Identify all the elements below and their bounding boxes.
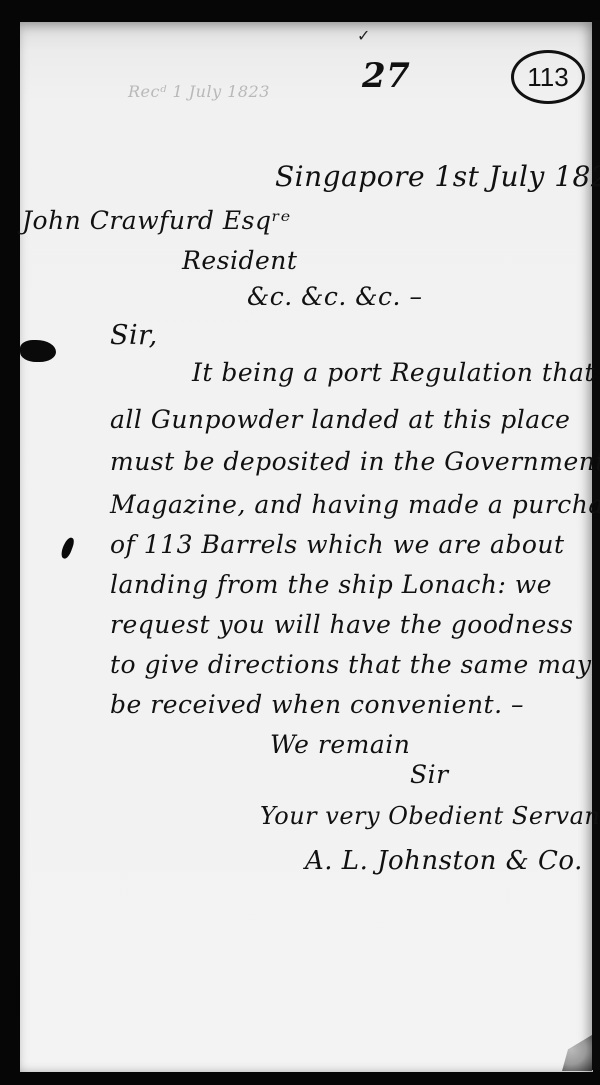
check-mark: ✓ [357, 26, 370, 45]
addressee-etc: &c. &c. &c. – [247, 282, 422, 311]
scanned-letter: ✓ Recᵈ 1 July 1823 27 113 Singapore 1st … [0, 0, 600, 1085]
body-line-2: all Gunpowder landed at this place [110, 405, 570, 434]
body-line-6: landing from the ship Lonach: we [110, 570, 552, 599]
body-line-4: Magazine, and having made a purchase [110, 490, 600, 519]
received-note: Recᵈ 1 July 1823 [128, 82, 270, 101]
body-line-7: request you will have the goodness [110, 610, 573, 639]
body-line-1: It being a port Regulation that [192, 358, 595, 387]
archive-stamp: 113 [511, 50, 585, 104]
ink-blot-margin [20, 340, 56, 362]
salutation: Sir, [110, 320, 158, 351]
body-line-5: of 113 Barrels which we are about [110, 530, 565, 559]
closing-servants: Your very Obedient Servants [260, 802, 600, 830]
closing-we-remain: We remain [270, 730, 410, 759]
body-line-9: be received when convenient. – [110, 690, 524, 719]
addressee-name: John Crawfurd Esqʳᵉ [22, 206, 291, 235]
closing-sir: Sir [410, 760, 449, 789]
place-date: Singapore 1st July 1823. [275, 160, 600, 193]
stamp-number: 113 [527, 62, 568, 93]
body-line-3: must be deposited in the Government [110, 447, 600, 476]
folio-number: 27 [362, 56, 410, 96]
addressee-title: Resident [182, 246, 297, 275]
signature: A. L. Johnston & Co. [305, 846, 583, 876]
body-line-8: to give directions that the same may [110, 650, 591, 679]
